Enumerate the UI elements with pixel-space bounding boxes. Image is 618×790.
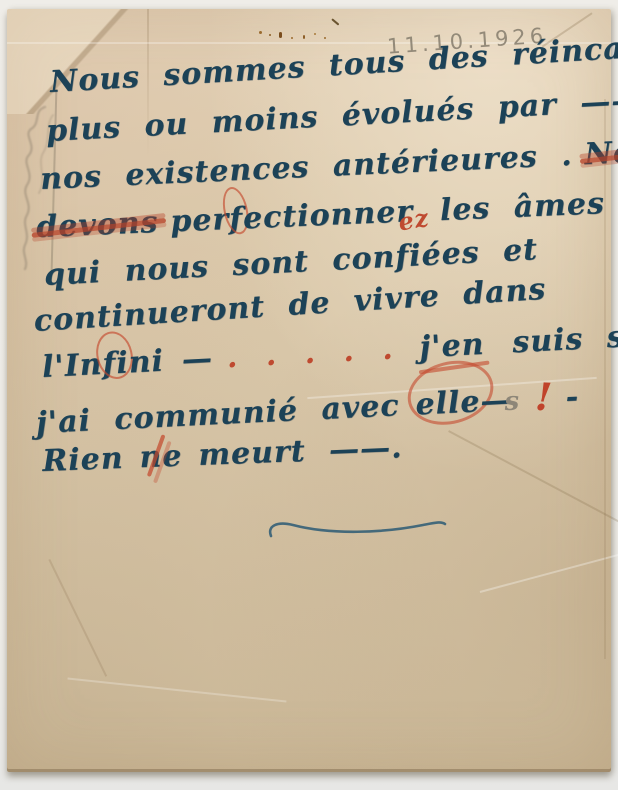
handwritten-text: nos existences antérieures . bbox=[39, 138, 573, 197]
word-struck-red: Nous bbox=[584, 133, 618, 172]
handwritten-text: Rien bbox=[42, 441, 125, 479]
red-pencil-correction: ez bbox=[396, 203, 432, 237]
word-red-circled: elle bbox=[415, 384, 482, 422]
pencil-letter-s: s bbox=[504, 386, 521, 417]
handwritten-text: l'In bbox=[41, 347, 103, 385]
handwritten-text: suis sûre, bbox=[511, 316, 618, 361]
crease-line bbox=[604, 99, 606, 659]
crease-line bbox=[480, 547, 618, 592]
handwritten-dash: - bbox=[565, 379, 580, 415]
handwritten-text: meurt ——. bbox=[198, 430, 403, 473]
red-pencil-dots: . . . . . bbox=[226, 332, 397, 376]
flourish-underline bbox=[265, 512, 449, 544]
crease-line bbox=[448, 430, 618, 525]
crease-line bbox=[49, 559, 107, 677]
letters-red-circled: fi bbox=[102, 346, 130, 382]
handwritten-line-8: j'ai communié avecelle—s!- bbox=[35, 370, 580, 442]
word-red-slashed: ne bbox=[139, 439, 183, 476]
handwritten-text: ectionner bbox=[242, 194, 413, 236]
handwritten-dash: — bbox=[181, 341, 214, 378]
red-exclamation-mark: ! bbox=[534, 374, 554, 420]
word-red-underlined: j'en bbox=[419, 327, 486, 365]
handwritten-text: ni bbox=[128, 344, 165, 381]
word-struck-red: devons bbox=[36, 205, 160, 245]
crease-line bbox=[68, 678, 287, 702]
letter-paper: 11.10.1926 Nous sommes tous des réincarn… bbox=[7, 9, 611, 772]
handwritten-text: per bbox=[170, 202, 230, 239]
handwritten-text: les âmes bbox=[439, 186, 605, 228]
letter-red-circled: f bbox=[228, 201, 243, 237]
